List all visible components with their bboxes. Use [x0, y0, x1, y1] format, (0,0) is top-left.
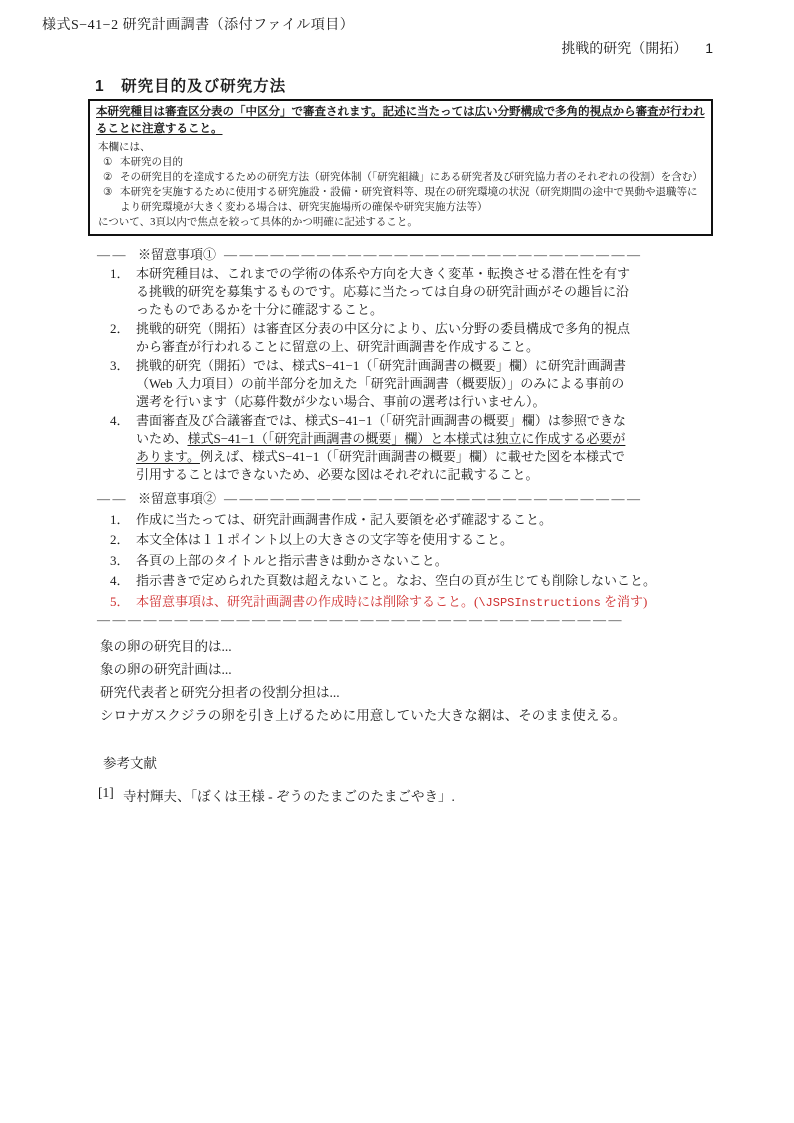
notes-2-item-2-marker: 2．: [110, 531, 136, 549]
notes-1-item-1: 1． 本研究種目は、これまでの学術の体系や方向を大きく変革・転換させる潜在性を有…: [110, 265, 636, 319]
notes-2-item-3-marker: 3．: [110, 552, 136, 570]
reference-item-1: [1] 寺村輝夫、「ぼくは王様 - ぞうのたまごのたまごやき」.: [98, 785, 688, 805]
dash-rule: ――: [97, 247, 128, 262]
box-item-2-text: その研究目的を達成するための研究方法（研究体制（「研究組織」にある研究者及び研究…: [120, 170, 705, 185]
body-paragraph-1: 象の卵の研究目的は...: [100, 635, 700, 658]
notes-1-item-1-text: 本研究種目は、これまでの学術の体系や方向を大きく変革・転換させる潜在性を有する挑…: [136, 265, 636, 319]
body-paragraph-2: 象の卵の研究計画は...: [100, 658, 700, 681]
research-category-label: 挑戦的研究（開拓）: [561, 40, 687, 56]
box-intro: 本欄には、: [96, 140, 705, 155]
body-text: 象の卵の研究目的は... 象の卵の研究計画は... 研究代表者と研究分担者の役割…: [100, 635, 700, 727]
notes-2-item-4-marker: 4．: [110, 572, 136, 590]
notes-1-item-2-marker: 2．: [110, 320, 136, 356]
notes-1-item-3-text: 挑戦的研究（開拓）では、様式S−41−1（「研究計画調書の概要」欄）に研究計画調…: [136, 357, 636, 411]
references-heading: 参考文献: [103, 752, 688, 772]
box-item-2-marker: ②: [103, 170, 120, 185]
box-item-3-marker: ③: [103, 185, 120, 215]
latex-command: \JSPSInstructions: [478, 596, 600, 610]
notes-1-item-4-marker: 4．: [110, 412, 136, 484]
notes-section-2: ――※留意事項②――――――――――――――――――――――――――― 1． 作…: [88, 490, 713, 612]
page-number: 1: [705, 40, 713, 56]
dashed-separator: ――――――――――――――――――――――――――――――――――: [97, 612, 624, 628]
notes-1-item-3-marker: 3．: [110, 357, 136, 411]
dash-rule: ――: [97, 491, 128, 506]
notes-section-1: ――※留意事項①――――――――――――――――――――――――――― 1． 本…: [88, 246, 636, 484]
notes-1-header: ――※留意事項①―――――――――――――――――――――――――――: [97, 246, 636, 264]
notes-2-item-1: 1． 作成に当たっては、研究計画調書作成・記入要領を必ず確認すること。: [110, 511, 713, 529]
notes-2-item-5-delete-instruction: 5． 本留意事項は、研究計画調書の作成時には削除すること。(\JSPSInstr…: [110, 593, 713, 612]
header-right: 挑戦的研究（開拓） 1: [561, 38, 713, 58]
notes-2-item-2-text: 本文全体は１１ポイント以上の大きさの文字等を使用すること。: [136, 531, 713, 549]
form-label: 様式S−41−2 研究計画調書（添付ファイル項目）: [42, 14, 354, 34]
instruction-box: 本研究種目は審査区分表の「中区分」で審査されます。記述に当たっては広い分野構成で…: [88, 99, 713, 236]
notes-2-item-5-text: 本留意事項は、研究計画調書の作成時には削除すること。(\JSPSInstruct…: [136, 593, 713, 612]
section-heading: 1 研究目的及び研究方法: [95, 74, 286, 96]
notes-2-item-5-marker: 5．: [110, 593, 136, 612]
notes-2-header: ――※留意事項②―――――――――――――――――――――――――――: [97, 490, 713, 508]
box-emphasis-note: 本研究種目は審査区分表の「中区分」で審査されます。記述に当たっては広い分野構成で…: [96, 104, 705, 138]
notes-1-item-1-marker: 1．: [110, 265, 136, 319]
box-item-3-text: 本研究を実施するために使用する研究施設・設備・研究資料等、現在の研究環境の状況（…: [120, 185, 705, 215]
dash-rule: ―――――――――――――――――――――――――――: [224, 247, 643, 262]
document-page: 様式S−41−2 研究計画調書（添付ファイル項目） 挑戦的研究（開拓） 1 1 …: [0, 0, 794, 1123]
body-paragraph-3: 研究代表者と研究分担者の役割分担は...: [100, 681, 700, 704]
notes-2-item-2: 2． 本文全体は１１ポイント以上の大きさの文字等を使用すること。: [110, 531, 713, 549]
box-item-2: ② その研究目的を達成するための研究方法（研究体制（「研究組織」にある研究者及び…: [96, 170, 705, 185]
notes-1-label: ※留意事項①: [138, 247, 216, 262]
notes-1-item-4: 4． 書面審査及び合議審査では、様式S−41−1（「研究計画調書の概要」欄）は参…: [110, 412, 636, 484]
notes-2-item-1-marker: 1．: [110, 511, 136, 529]
notes-1-item-2-text: 挑戦的研究（開拓）は審査区分表の中区分により、広い分野の委員構成で多角的視点から…: [136, 320, 636, 356]
notes-1-item-4-text: 書面審査及び合議審査では、様式S−41−1（「研究計画調書の概要」欄）は参照でき…: [136, 412, 636, 484]
notes-2-item-4: 4． 指示書きで定められた頁数は超えないこと。なお、空白の頁が生じても削除しない…: [110, 572, 713, 590]
box-item-1: ① 本研究の目的: [96, 155, 705, 170]
notes-2-item-4-text: 指示書きで定められた頁数は超えないこと。なお、空白の頁が生じても削除しないこと。: [136, 572, 713, 590]
reference-item-1-label: [1]: [98, 785, 123, 805]
notes-2-item-3: 3． 各頁の上部のタイトルと指示書きは動かさないこと。: [110, 552, 713, 570]
notes-1-item-3: 3． 挑戦的研究（開拓）では、様式S−41−1（「研究計画調書の概要」欄）に研究…: [110, 357, 636, 411]
references-section: 参考文献 [1] 寺村輝夫、「ぼくは王様 - ぞうのたまごのたまごやき」.: [88, 752, 688, 805]
box-item-1-text: 本研究の目的: [120, 155, 705, 170]
box-closing: について、3頁以内で焦点を絞って具体的かつ明確に記述すること。: [96, 215, 705, 230]
notes-2-item-1-text: 作成に当たっては、研究計画調書作成・記入要領を必ず確認すること。: [136, 511, 713, 529]
reference-item-1-text: 寺村輝夫、「ぼくは王様 - ぞうのたまごのたまごやき」.: [123, 785, 688, 805]
dash-rule: ―――――――――――――――――――――――――――: [224, 491, 643, 506]
notes-2-item-3-text: 各頁の上部のタイトルと指示書きは動かさないこと。: [136, 552, 713, 570]
notes-2-label: ※留意事項②: [138, 491, 216, 506]
box-item-3: ③ 本研究を実施するために使用する研究施設・設備・研究資料等、現在の研究環境の状…: [96, 185, 705, 215]
notes-1-item-2: 2． 挑戦的研究（開拓）は審査区分表の中区分により、広い分野の委員構成で多角的視…: [110, 320, 636, 356]
body-paragraph-4: シロナガスクジラの卵を引き上げるために用意していた大きな網は、そのまま使える。: [100, 704, 700, 727]
box-item-1-marker: ①: [103, 155, 120, 170]
